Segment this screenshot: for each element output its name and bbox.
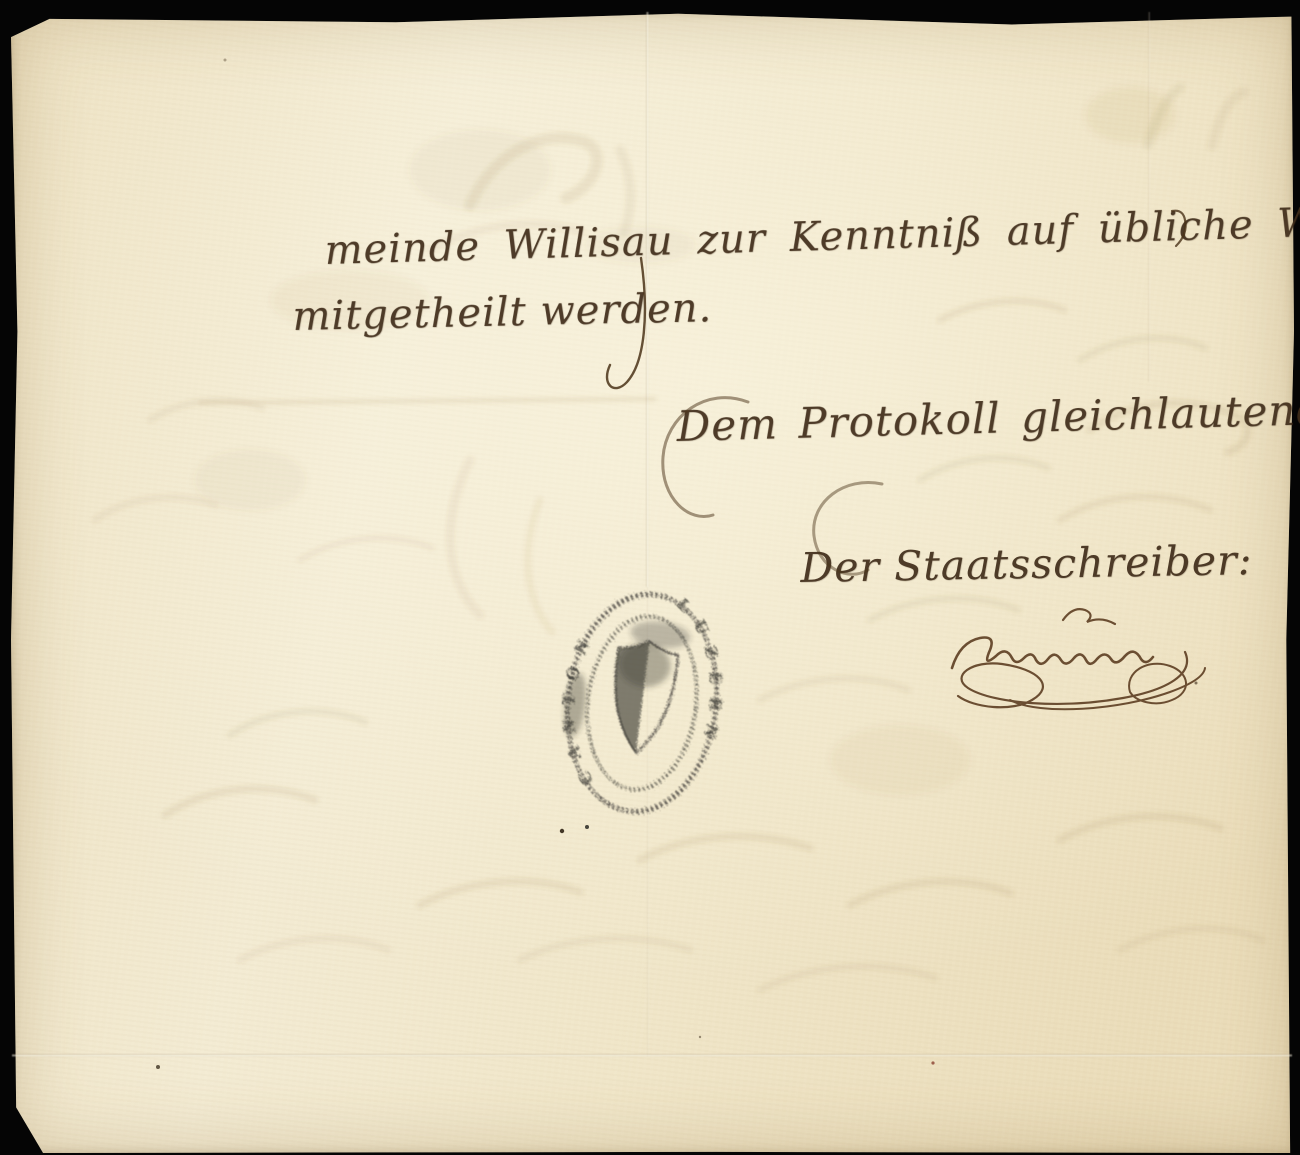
vertical-fold-crease-right xyxy=(1148,12,1150,382)
horizontal-fold-crease xyxy=(12,1054,1292,1057)
role-line: Der Staatsschreiber: xyxy=(800,536,1253,592)
canton-luzern-stamp: CANTON LUZERN xyxy=(515,541,770,866)
handwritten-line-2: mitgetheilt werden. xyxy=(292,285,713,340)
scanned-document: meinde Willisau zur Kenntniß auf übliche… xyxy=(0,0,1300,1155)
